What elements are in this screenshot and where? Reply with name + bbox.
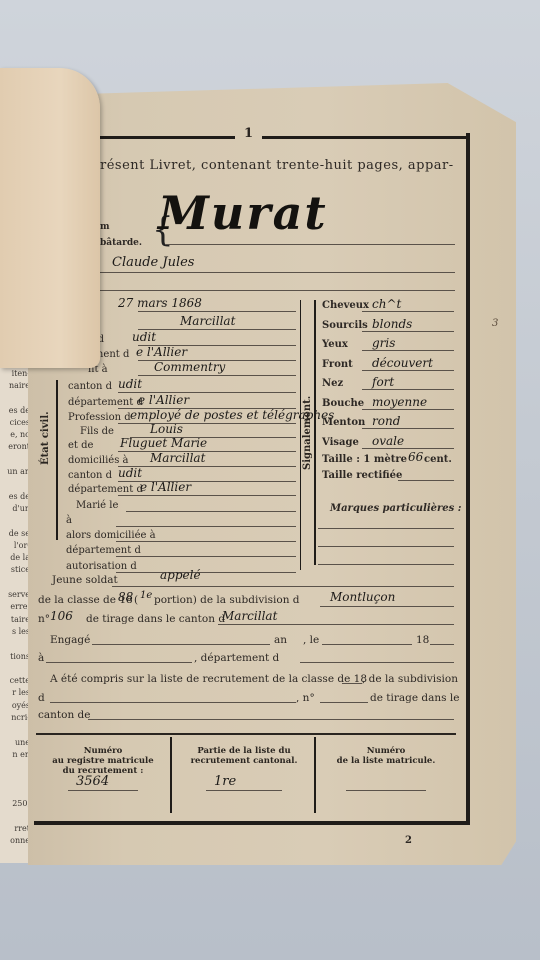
- signalement-field-value: blonds: [372, 317, 412, 331]
- etat-civil-field-value: Fluguet Marie: [120, 436, 207, 450]
- left-page-text-fragment: e, no: [0, 429, 30, 441]
- blank-line: [100, 290, 455, 291]
- taille-rectifiee-label: Taille rectifiée: [322, 470, 402, 481]
- signalement-field-line: [362, 428, 454, 429]
- signalement-field-label: Yeux: [322, 339, 348, 350]
- signalement-field-value: rond: [372, 414, 400, 428]
- page-number-bottom: 2: [405, 835, 412, 846]
- marques-line-3: [318, 564, 454, 565]
- departement-line: [300, 662, 454, 663]
- etat-civil-label: État civil.: [40, 411, 51, 465]
- left-page-text-fragment: stice: [0, 564, 30, 576]
- curled-page-corner: [0, 68, 100, 368]
- left-page-text-fragment: rret: [0, 823, 30, 835]
- left-page-text-fragment: tions: [0, 651, 30, 663]
- left-page-text-fragment: d'un: [0, 503, 30, 515]
- left-page-text-fragment: iten-: [0, 368, 30, 380]
- no-line: [320, 702, 368, 703]
- etat-civil-field-value: Commentry: [154, 360, 225, 374]
- signalement-field-label: Visage: [322, 437, 359, 448]
- portion-label: portion) de la subdivision d: [154, 594, 300, 606]
- left-page-text-fragment: onne: [0, 835, 30, 847]
- canton-line: [218, 624, 454, 625]
- left-page-text-fragment: es de: [0, 405, 30, 417]
- etat-civil-field-label: Fils de: [80, 426, 114, 437]
- etat-civil-field-label: département d: [66, 545, 141, 556]
- signalement-field-line: [362, 311, 454, 312]
- tirage-value: 106: [50, 609, 73, 623]
- jeune-soldat-label: Jeune soldat: [52, 574, 118, 586]
- left-page-text-fragment: erre,: [0, 601, 30, 613]
- signalement-field-label: Cheveux: [322, 300, 369, 311]
- engage-label: Engagé: [50, 634, 90, 646]
- signalement-field-line: [362, 350, 454, 351]
- footer-box-label: Partie de la liste du recrutement canton…: [178, 746, 310, 766]
- etat-civil-field-line: [138, 375, 296, 376]
- d-label: d: [38, 692, 45, 704]
- d-line: [50, 702, 296, 703]
- signalement-field-value: découvert: [372, 356, 433, 370]
- left-page-text-fragment: une: [0, 737, 30, 749]
- etat-civil-field-value: 27 mars 1868: [118, 296, 202, 310]
- etat-civil-field-value: e l'Allier: [140, 480, 191, 494]
- compris-year-line: [342, 683, 362, 684]
- left-page-text-fragment: de la: [0, 552, 30, 564]
- given-names: Claude Jules: [112, 255, 194, 270]
- nom-label: m: [100, 222, 110, 232]
- le-line: [322, 644, 412, 645]
- footer-box-line: [206, 790, 282, 791]
- etat-civil-field-line: [116, 572, 296, 573]
- etat-civil-field-line: [118, 423, 296, 424]
- footer-box-label: Numéro au registre matricule du recrutem…: [40, 746, 166, 776]
- jeune-soldat-line: [112, 586, 454, 587]
- footer-divider-1: [170, 737, 172, 813]
- left-page-text-fragment: es de: [0, 491, 30, 503]
- left-page-text-fragment: s les: [0, 626, 30, 638]
- taille-rectifiee-line: [398, 480, 454, 481]
- etat-civil-field-label: département d: [68, 484, 143, 495]
- left-page-text-fragment: taire: [0, 614, 30, 626]
- etat-civil-field-label: domiciliés à: [68, 455, 129, 466]
- etat-civil-field-label: canton d: [68, 381, 112, 392]
- canton-value: Marcillat: [222, 609, 277, 623]
- etat-civil-field-line: [116, 556, 296, 557]
- signalement-field-line: [362, 331, 454, 332]
- year-prefix: 18: [416, 634, 429, 646]
- footer-box-label: Numéro de la liste matricule.: [318, 746, 454, 766]
- taille-unit: cent.: [424, 454, 452, 465]
- footer-divider-2: [314, 737, 316, 813]
- signalement-field-value: fort: [372, 375, 394, 389]
- etat-civil-field-line: [126, 511, 296, 512]
- tirage-prefix: n°: [38, 613, 50, 625]
- left-page-edge: itauxe deiten-nairees decicese, noerontu…: [0, 343, 32, 863]
- etat-civil-field-label: canton d: [68, 470, 112, 481]
- etat-civil-field-value: udit: [118, 466, 142, 480]
- etat-civil-field-line: [118, 451, 296, 452]
- signalement-field-value: gris: [372, 336, 395, 350]
- footer-box-line: [68, 790, 138, 791]
- a-label: à: [38, 652, 44, 664]
- left-page-text-fragment: l'or-: [0, 540, 30, 552]
- jeune-soldat-value: appelé: [160, 568, 201, 582]
- marques-label: Marques particulières :: [330, 503, 461, 514]
- canton-de-label: canton de: [38, 709, 90, 721]
- taille-value: 66: [408, 450, 423, 464]
- left-page-text-fragment: naire: [0, 380, 30, 392]
- signalement-field-line: [362, 370, 454, 371]
- margin-note: 3: [492, 318, 498, 329]
- etat-civil-field-label: alors domiciliée à: [66, 530, 156, 541]
- an-label: an: [274, 634, 287, 646]
- le-label: , le: [303, 634, 319, 646]
- left-page-text-fragment: serve: [0, 589, 30, 601]
- signalement-field-label: Menton: [322, 417, 365, 428]
- tirage-suffix: de tirage dans le: [370, 692, 459, 704]
- portion-value: 1e: [140, 590, 152, 601]
- etat-civil-field-label: Profession d: [68, 412, 131, 423]
- signalement-field-label: Sourcils: [322, 320, 368, 331]
- etat-civil-field-line: [116, 526, 296, 527]
- engage-line: [92, 644, 270, 645]
- left-page-text-fragment: r les: [0, 687, 30, 699]
- signalement-brace: [314, 300, 316, 565]
- tirage-label: de tirage dans le canton d: [86, 613, 225, 625]
- signalement-field-line: [362, 409, 454, 410]
- signalement-field-label: Bouche: [322, 398, 364, 409]
- left-page-text-fragment: oyés: [0, 700, 30, 712]
- subdivision-line: [320, 606, 454, 607]
- signalement-field-line: [362, 389, 454, 390]
- signalement-field-line: [362, 448, 454, 449]
- left-page-text-fragment: eront: [0, 441, 30, 453]
- etat-civil-field-line: [118, 495, 296, 496]
- subdivision-suffix: , de la subdivision: [362, 673, 458, 685]
- a-line: [46, 662, 192, 663]
- compris-text: A été compris sur la liste de recrutemen…: [50, 673, 367, 685]
- surname: Murat: [158, 186, 328, 240]
- etat-civil-field-value: Marcillat: [180, 314, 235, 328]
- etat-civil-field-label: département d: [68, 397, 143, 408]
- left-page-text-fragment: cices: [0, 417, 30, 429]
- column-divider: [300, 300, 301, 570]
- etat-civil-field-line: [116, 541, 296, 542]
- departement-label: , département d: [194, 652, 279, 664]
- signalement-label: Signalement.: [302, 396, 313, 470]
- etat-civil-field-label: et de: [68, 440, 93, 451]
- left-page-text-fragment: cette: [0, 675, 30, 687]
- left-page-text-fragment: 250,: [0, 798, 30, 810]
- left-page-text-fragment: de se: [0, 528, 30, 540]
- etat-civil-field-value: e l'Allier: [136, 345, 187, 359]
- etat-civil-field-label: à: [66, 515, 72, 526]
- footer-box-value: 3564: [76, 774, 109, 789]
- classe-value: 88: [118, 590, 133, 604]
- marques-line-1: [318, 528, 454, 529]
- year-line: [430, 644, 454, 645]
- left-page-text-fragment: un an: [0, 466, 30, 478]
- marques-line-2: [318, 546, 454, 547]
- etat-civil-field-label: Marié le: [76, 500, 118, 511]
- signalement-field-value: moyenne: [372, 395, 427, 409]
- signalement-field-value: ch^t: [372, 297, 401, 311]
- etat-civil-field-value: e l'Allier: [138, 393, 189, 407]
- etat-civil-field-value: Marcillat: [150, 451, 205, 465]
- etat-civil-field-value: udit: [118, 377, 142, 391]
- batarde-label: bâtarde.: [100, 238, 142, 248]
- left-page-text-fragment: ncri-: [0, 712, 30, 724]
- etat-civil-field-label: autorisation d: [66, 561, 137, 572]
- etat-civil-field-value: udit: [132, 330, 156, 344]
- no-label: , n°: [296, 692, 315, 704]
- footer-box-value: 1re: [214, 774, 236, 789]
- left-page-text-fragment: n en: [0, 749, 30, 761]
- footer-top-rule: [36, 733, 456, 735]
- intro-text: résent Livret, contenant trente-huit pag…: [100, 158, 454, 173]
- etat-civil-brace: [56, 380, 58, 540]
- given-names-line: [100, 272, 455, 273]
- canton-de-line: [88, 719, 454, 720]
- surname-line: [165, 244, 455, 245]
- subdivision-value: Montluçon: [330, 590, 395, 604]
- signalement-field-label: Front: [322, 359, 353, 370]
- etat-civil-field-line: [118, 466, 296, 467]
- etat-civil-field-line: [138, 311, 296, 312]
- etat-civil-field-value: Louis: [150, 422, 183, 436]
- etat-civil-field-line: [138, 329, 296, 330]
- signalement-field-value: ovale: [372, 434, 404, 448]
- taille-label: Taille : 1 mètre: [322, 454, 407, 465]
- signalement-field-label: Nez: [322, 378, 343, 389]
- footer-box-line: [346, 790, 426, 791]
